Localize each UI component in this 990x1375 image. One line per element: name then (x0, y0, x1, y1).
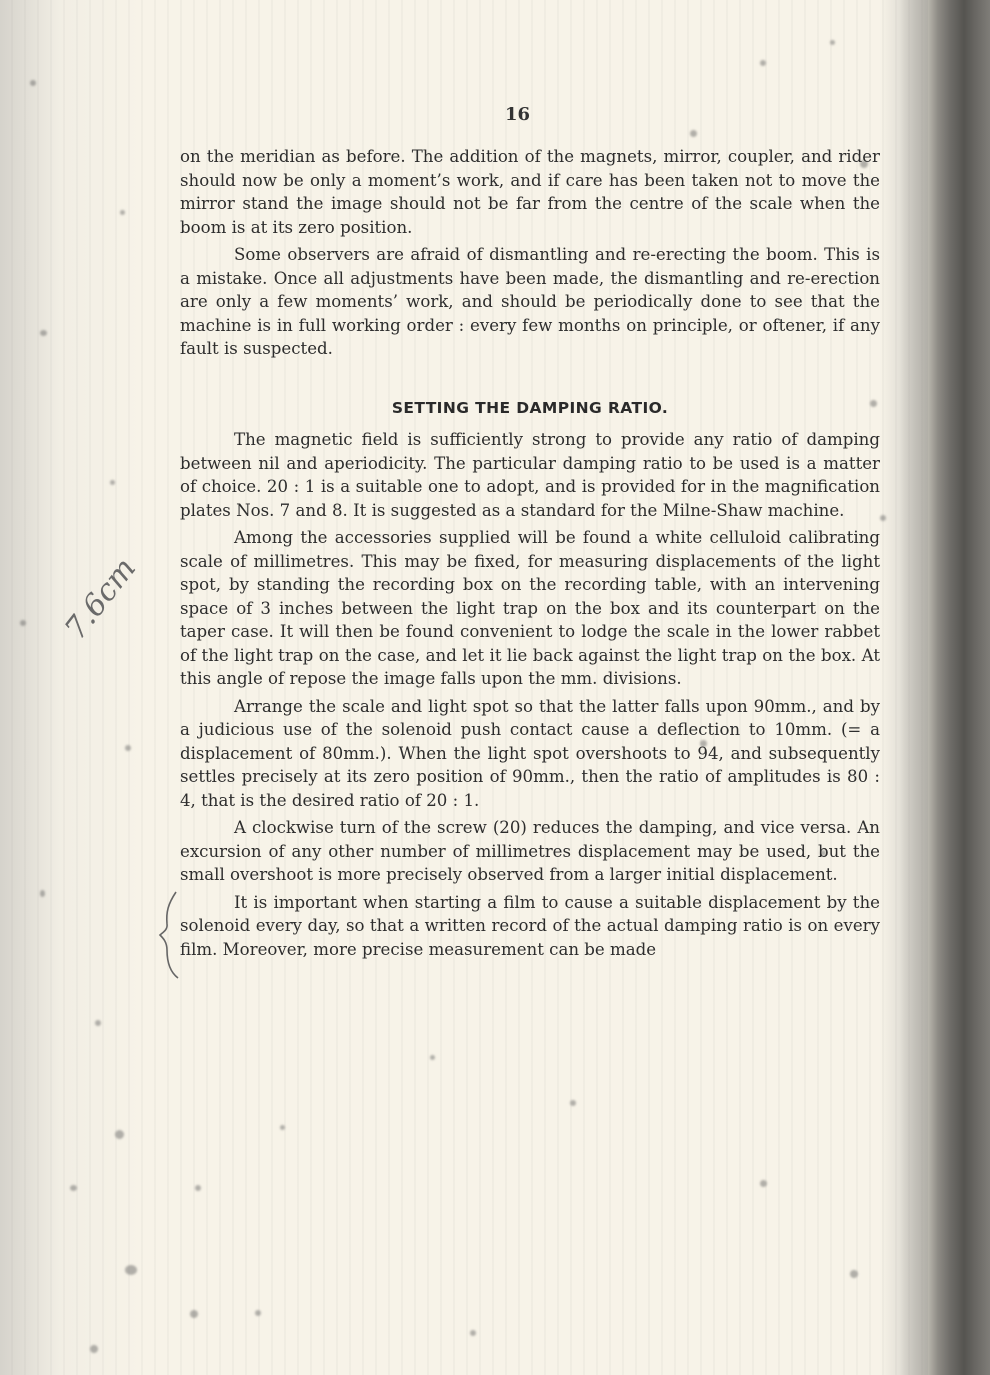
scan-speck (760, 1180, 767, 1187)
paragraph-continuation: on the meridian as before. The addition … (180, 145, 880, 239)
scan-speck (190, 1310, 198, 1318)
section-body: The magnetic field is sufficiently stron… (180, 428, 880, 965)
scan-speck (690, 130, 697, 137)
scan-speck (30, 80, 36, 86)
paragraph: Some observers are afraid of dismantling… (180, 243, 880, 361)
scan-shadow (900, 0, 928, 1375)
page-number: 16 (505, 104, 530, 125)
scan-speck (830, 40, 835, 45)
scan-speck (195, 1185, 201, 1191)
scan-speck (20, 620, 26, 626)
scanned-page: 16 on the meridian as before. The additi… (0, 0, 990, 1375)
scan-speck (760, 60, 766, 66)
scan-speck (120, 210, 125, 215)
scan-speck (40, 890, 45, 897)
scan-speck (115, 1130, 124, 1139)
paragraph: It is important when starting a film to … (180, 891, 880, 962)
page-edge-shadow (928, 0, 990, 1375)
paragraph: Arrange the scale and light spot so that… (180, 695, 880, 813)
scan-speck (430, 1055, 435, 1060)
scan-speck (255, 1310, 261, 1316)
body-text-top: on the meridian as before. The addition … (180, 145, 880, 365)
scan-speck (570, 1100, 576, 1106)
paragraph: Among the accessories supplied will be f… (180, 526, 880, 691)
handwritten-bracket-icon (158, 890, 180, 980)
scan-speck (470, 1330, 476, 1336)
scan-speck (95, 1020, 101, 1026)
paragraph: The magnetic field is sufficiently stron… (180, 428, 880, 522)
scan-speck (90, 1345, 98, 1353)
scan-speck (40, 330, 47, 336)
section-heading: SETTING THE DAMPING RATIO. (180, 399, 880, 417)
scan-speck (110, 480, 115, 485)
scan-speck (880, 515, 886, 521)
scan-speck (125, 1265, 137, 1275)
paragraph: A clockwise turn of the screw (20) reduc… (180, 816, 880, 887)
handwritten-margin-note: 7.6cm (58, 551, 143, 646)
scan-speck (70, 1185, 77, 1191)
scan-speck (125, 745, 131, 751)
scan-speck (850, 1270, 858, 1278)
scan-speck (280, 1125, 285, 1130)
